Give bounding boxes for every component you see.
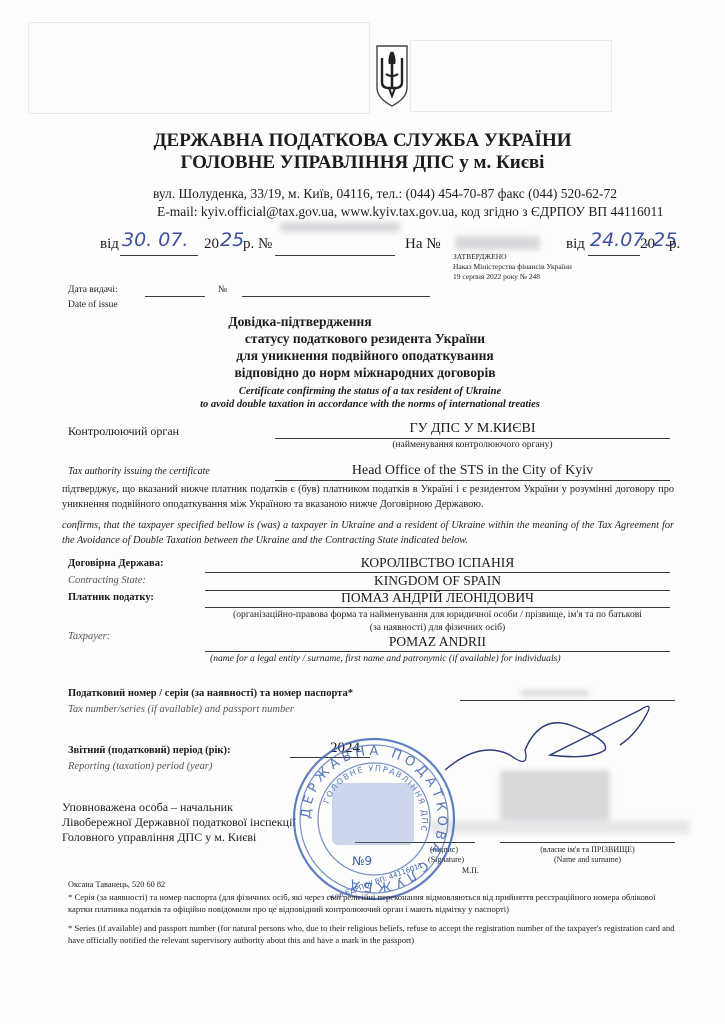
taxpayer-ua-underline — [205, 607, 670, 608]
authority-value-ua: ГУ ДПС У М.КИЄВІ — [275, 421, 670, 437]
approval-line3: 19 серпня 2022 року № 248 — [453, 272, 540, 281]
executor: Оксана Таванець, 520 60 82 — [68, 880, 165, 889]
title-ua-line1: Довідка-підтвердження — [130, 314, 470, 330]
state-label-en: Contracting State: — [68, 575, 146, 586]
outgoing-date: 30. 07. — [122, 229, 188, 251]
redacted-name — [430, 820, 690, 834]
name-line — [500, 842, 675, 843]
issue-number-field — [242, 296, 430, 297]
taxpayer-caption-en: (name for a legal entity / surname, firs… — [210, 653, 561, 664]
reply-date-underline — [588, 255, 640, 256]
issue-date-label-en: Date of issue — [68, 300, 118, 310]
authority-label-ua: Контролюючий орган — [68, 424, 179, 439]
title-ua-line3: для уникнення подвійного оподаткування — [195, 348, 535, 364]
seal-mark: М.П. — [462, 866, 479, 875]
org-name-line2: ГОЛОВНЕ УПРАВЛІННЯ ДПС у м. Києві — [0, 152, 725, 174]
taxpayer-caption-ua-2: (за наявності) для фізичних осіб) — [205, 622, 670, 633]
title-en-line1: Certificate confirming the status of a t… — [140, 386, 600, 397]
state-label-ua: Договірна Держава: — [68, 558, 163, 569]
taxpayer-value-en: POMAZ ANDRII — [205, 634, 670, 650]
tax-number-label-ua: Податковий номер / серія (за наявності) … — [68, 688, 353, 699]
name-caption-ua: (власне ім'я та ПРІЗВИЩЕ) — [500, 845, 675, 854]
authority-value-en: Head Office of the STS in the City of Ky… — [275, 463, 670, 479]
title-ua-line4: відповідно до норм міжнародних договорів — [195, 365, 535, 381]
confirmation-en: confirms, that the taxpayer specified be… — [62, 518, 674, 548]
title-en-line2: to avoid double taxation in accordance w… — [140, 399, 600, 410]
period-label-ua: Звітний (податковий) період (рік): — [68, 745, 230, 756]
outgoing-number-field — [275, 255, 395, 256]
state-value-en: KINGDOM OF SPAIN — [205, 573, 670, 589]
signatory-line2: Лівобережної Державної податкової інспек… — [62, 815, 296, 830]
taxpayer-en-underline — [205, 651, 670, 652]
taxpayer-caption-ua-1: (організаційно-правова форма та найменув… — [205, 609, 670, 620]
redacted-area — [280, 222, 400, 232]
period-label-en: Reporting (taxation) period (year) — [68, 761, 212, 772]
outgoing-date-underline — [120, 255, 198, 256]
outgoing-year-suffix: 25 — [220, 229, 244, 251]
taxpayer-value-ua: ПОМАЗ АНДРІЙ ЛЕОНІДОВИЧ — [205, 590, 670, 606]
svg-text:№9: №9 — [352, 854, 372, 868]
reply-year-label: р. — [669, 236, 680, 253]
org-name-line1: ДЕРЖАВНА ПОДАТКОВА СЛУЖБА УКРАЇНИ — [0, 130, 725, 152]
signatory-line1: Уповноважена особа – начальник — [62, 800, 233, 815]
show-through-frame — [410, 40, 612, 112]
footnote-en: * Series (if available) and passport num… — [68, 922, 680, 946]
confirmation-ua: підтверджує, що вказаний нижче платник п… — [62, 482, 674, 512]
org-address: вул. Шолуденка, 33/19, м. Київ, 04116, т… — [0, 186, 725, 202]
outgoing-number-label: р. № — [243, 236, 272, 253]
issue-date-field — [145, 296, 205, 297]
tax-number-label-en: Tax number/series (if available) and pas… — [68, 704, 294, 715]
authority-en-underline — [275, 480, 670, 481]
footnote-ua: * Серія (за наявності) та номер паспорта… — [68, 891, 680, 915]
trident-coat-of-arms-icon — [375, 44, 409, 108]
approval-line2: Наказ Міністерства фінансів України — [453, 262, 572, 271]
official-stamp-icon: ДЕРЖАВНА ПОДАТКОВА СЛУЖБА ГОЛОВНЕ УПРАВЛ… — [290, 735, 458, 903]
issue-number-label: № — [218, 285, 227, 295]
redacted-signature — [500, 770, 610, 820]
title-ua-line2: статусу податкового резидента України — [195, 331, 535, 347]
authority-underline — [275, 438, 670, 439]
taxpayer-label-ua: Платник податку: — [68, 592, 154, 603]
org-contacts: E-mail: kyiv.official@tax.gov.ua, www.ky… — [157, 204, 663, 220]
show-through-frame — [28, 22, 370, 114]
issue-date-label-ua: Дата видачі: — [68, 285, 118, 295]
signatory-line3: Головного управління ДПС у м. Києві — [62, 830, 256, 845]
redacted-reply-number — [455, 236, 540, 250]
authority-caption: (найменування контролюючого органу) — [275, 440, 670, 450]
outgoing-year-prefix: 20 — [204, 236, 219, 253]
reply-number-label: На № — [405, 236, 441, 253]
taxpayer-label-en: Taxpayer: — [68, 631, 110, 642]
outgoing-from-label: від — [100, 236, 119, 253]
reply-from-label: від — [566, 236, 585, 253]
state-value-ua: КОРОЛІВСТВО ІСПАНІЯ — [205, 555, 670, 571]
name-caption-en: (Name and surname) — [500, 855, 675, 864]
authority-label-en: Tax authority issuing the certificate — [68, 466, 210, 477]
approval-line1: ЗАТВЕРДЖЕНО — [453, 252, 507, 261]
